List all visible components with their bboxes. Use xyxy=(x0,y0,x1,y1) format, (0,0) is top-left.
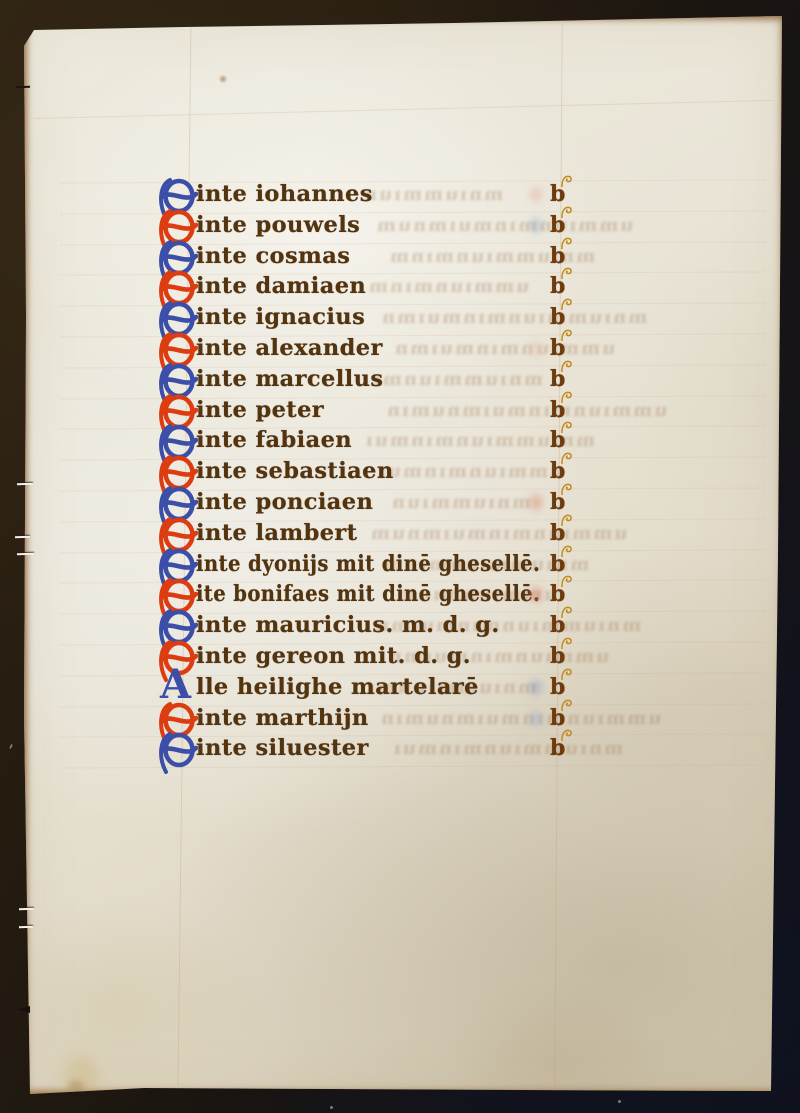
abbreviation-flourish-icon xyxy=(560,266,573,281)
saint-name-text: inte sebastiaen xyxy=(196,458,394,484)
litany-line: mnıummıunmınm inte dyonijs mit dinē ghes… xyxy=(166,550,582,581)
saint-name-text: inte iohannes xyxy=(196,181,373,207)
abbreviation-flourish-icon xyxy=(560,544,573,559)
verso-hint xyxy=(530,680,542,695)
litany-line: mnıummıunmınm inte cosmas b xyxy=(166,242,582,273)
saint-name-text: inte dyonijs mit dinē ghesellē. xyxy=(196,551,540,577)
litany-line: mnıummıunmınmuı inte siluester b xyxy=(166,734,582,765)
verso-showthrough: ummıunmınmuı xyxy=(377,461,563,482)
saint-name-text: inte ignacius xyxy=(196,304,365,330)
saint-name-text: inte marcellus xyxy=(196,366,383,392)
verso-hint xyxy=(530,495,542,510)
saint-name-text: inte peter xyxy=(196,397,324,423)
edge-notch xyxy=(17,1006,30,1013)
abbreviation-flourish-icon xyxy=(560,636,573,651)
saint-name-text: inte cosmas xyxy=(196,243,350,269)
verso-hint xyxy=(530,341,542,356)
verso-showthrough: ummıunmınmuımnumın xyxy=(385,400,667,421)
litany-line: Amnıummıunmı lle heilighe martelarē b xyxy=(166,673,582,704)
litany-line: mnıummıun inte iohannes b xyxy=(166,180,582,211)
litany-line: ummıunmınm ite bonifaes mit dinē ghesell… xyxy=(166,580,582,611)
abbreviation-flourish-icon xyxy=(560,667,573,682)
dust-speck xyxy=(9,744,13,749)
litany-line: ummıunmınmuımn inte gereon mit. d. g. b xyxy=(166,642,582,673)
photo-background: mnıummıun inte iohannes b ummıunmınmuımn… xyxy=(0,0,800,1113)
verso-hint xyxy=(530,218,542,233)
litany-line: mnıummıunmı inte marcellus b xyxy=(166,365,582,396)
abbreviation-flourish-icon xyxy=(560,174,573,189)
litany-line: ummıunmınm inte damiaen b xyxy=(166,272,582,303)
verso-showthrough: mnıummıun xyxy=(390,492,531,513)
litany-line: mnıummıunmınmuı inte fabiaen b xyxy=(166,426,582,457)
verso-showthrough: ummıunmınmuımn xyxy=(393,338,615,359)
verso-showthrough: ummıunmınmuımnum xyxy=(375,215,633,236)
abbreviation-flourish-icon xyxy=(560,482,573,497)
saint-name-text: lle heilighe martelarē xyxy=(196,674,479,700)
saint-name-text: inte mauricius. m. d. g. xyxy=(196,612,500,638)
verso-hint xyxy=(530,187,542,202)
verso-showthrough: mnıummıunmınmuı xyxy=(392,738,623,759)
dust-speck xyxy=(330,1106,333,1109)
top-ruling-line xyxy=(34,100,774,119)
versal-initial xyxy=(158,729,198,777)
abbreviation-flourish-icon xyxy=(560,451,573,466)
abbreviation-flourish-icon xyxy=(560,728,573,743)
verso-showthrough: mnıummıun xyxy=(362,184,503,205)
saint-name-text: inte ponciaen xyxy=(196,489,373,515)
litany-line: ummıunmınmuımnum inte lambert b xyxy=(166,519,582,550)
verso-showthrough: mnıummıunmı xyxy=(372,369,543,390)
litany-line: mnıummıunmınmuımn inte ignacius b xyxy=(166,303,582,334)
abbreviation-flourish-icon xyxy=(560,328,573,343)
abbreviation-flourish-icon xyxy=(560,390,573,405)
dust-speck xyxy=(618,1100,621,1103)
litany-line: mnıummıun inte ponciaen b xyxy=(166,488,582,519)
stain xyxy=(220,76,226,82)
abbreviation-flourish-icon xyxy=(560,205,573,220)
verso-showthrough: ummıunmınm xyxy=(367,276,529,297)
verso-hint xyxy=(530,711,542,726)
abbreviation-flourish-icon xyxy=(560,297,573,312)
abbreviation-flourish-icon xyxy=(560,513,573,528)
abbreviation-flourish-icon xyxy=(560,605,573,620)
saint-name-text: inte lambert xyxy=(196,520,357,546)
litany-line: ummıunmınmuımnumın inte peter b xyxy=(166,396,582,427)
abbreviation-flourish-icon xyxy=(560,420,573,435)
stain xyxy=(68,1080,84,1092)
litany-line: ummıunmınmuı inte sebastiaen b xyxy=(166,457,582,488)
litany-line: ummıunmınmuımnum inte pouwels b xyxy=(166,211,582,242)
litany-line: mnıummıunmınmuımn inte mauricius. m. d. … xyxy=(166,611,582,642)
verso-showthrough: ummıunmınmuımnumın xyxy=(379,708,661,729)
abbreviation-flourish-icon xyxy=(560,236,573,251)
saint-name-text: ite bonifaes mit dinē ghesellē. xyxy=(196,581,540,607)
saint-name-text: inte marthijn xyxy=(196,705,369,731)
stain xyxy=(64,1056,98,1100)
litany-line: ummıunmınmuımn inte alexander b xyxy=(166,334,582,365)
saint-name-text: inte gereon mit. d. g. xyxy=(196,643,471,669)
litany-line: ummıunmınmuımnumın inte marthijn b xyxy=(166,704,582,735)
saint-name-text: inte pouwels xyxy=(196,212,360,238)
verso-showthrough: mnıummıunmınmuımn xyxy=(380,307,647,328)
saint-name-text: inte fabiaen xyxy=(196,427,352,453)
abbreviation-flourish-icon xyxy=(560,359,573,374)
saint-name-text: inte siluester xyxy=(196,735,369,761)
saint-name-text: inte damiaen xyxy=(196,273,366,299)
saint-name-text: inte alexander xyxy=(196,335,383,361)
abbreviation-flourish-icon xyxy=(560,698,573,713)
abbreviation-flourish-icon xyxy=(560,574,573,589)
verso-showthrough: ummıunmınmuımnum xyxy=(369,523,627,544)
response-mark: b xyxy=(544,735,578,763)
litany-text-block: mnıummıun inte iohannes b ummıunmınmuımn… xyxy=(166,180,582,765)
stain xyxy=(776,1032,791,1047)
manuscript-leaf: mnıummıun inte iohannes b ummıunmınmuımn… xyxy=(24,16,784,1094)
